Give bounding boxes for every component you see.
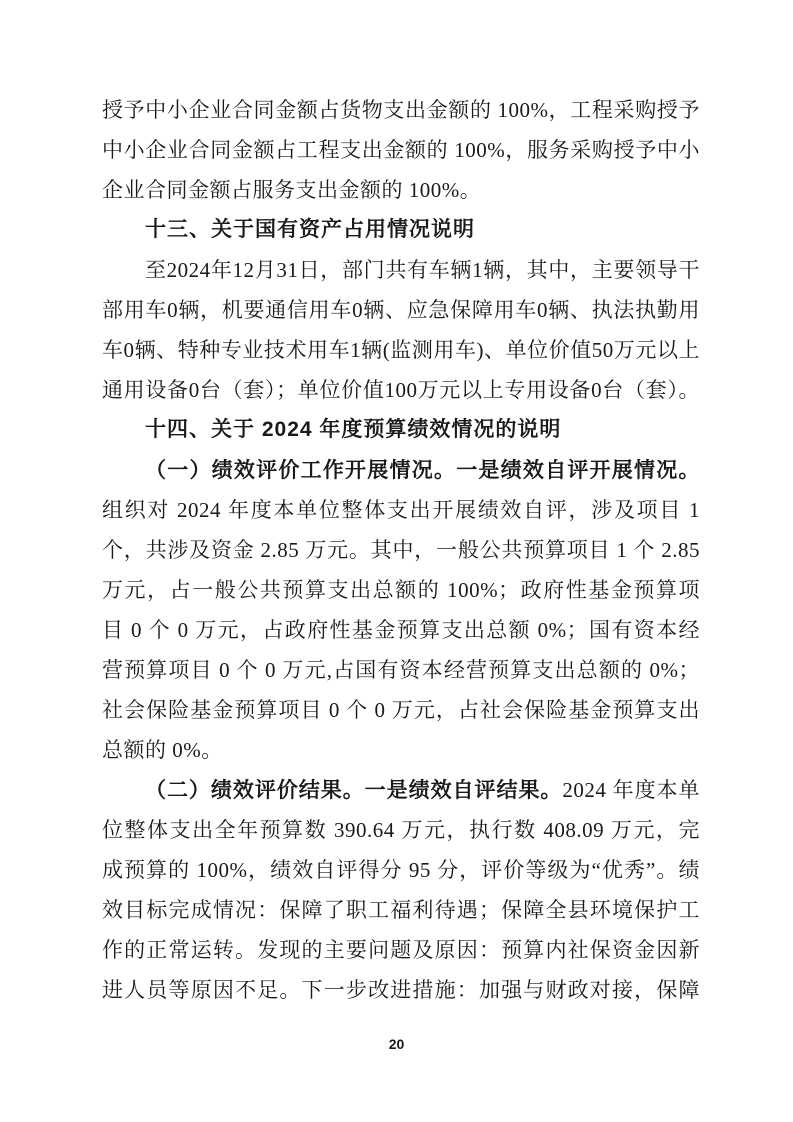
text-line: 企业合同金额占服务支出金额的 100%。 xyxy=(102,170,700,210)
document-body: 授予中小企业合同金额占货物支出金额的 100%，工程采购授予 中小企业合同金额占… xyxy=(102,90,700,1010)
text-line: 作的正常运转。发现的主要问题及原因：预算内社保资金因新 xyxy=(102,930,700,970)
text-line: 至2024年12月31日，部门共有车辆1辆，其中，主要领导干 xyxy=(102,250,700,290)
text-line: 进人员等原因不足。下一步改进措施：加强与财政对接，保障 xyxy=(102,970,700,1010)
subsection-heading-2-rest: 2024 年度本单 xyxy=(562,778,700,802)
section-heading-13: 十三、关于国有资产占用情况说明 xyxy=(102,210,700,250)
text-line: 万元，占一般公共预算支出总额的 100%；政府性基金预算项 xyxy=(102,570,700,610)
text-line: 通用设备0台（套）；单位价值100万元以上专用设备0台（套）。 xyxy=(102,370,700,410)
text-line: 总额的 0%。 xyxy=(102,730,700,770)
text-line: 效目标完成情况：保障了职工福利待遇；保障全县环境保护工 xyxy=(102,890,700,930)
subsection-heading-1: （一）绩效评价工作开展情况。一是绩效自评开展情况。 xyxy=(102,450,700,490)
subsection-heading-2-bold: （二）绩效评价结果。一是绩效自评结果。 xyxy=(145,778,562,802)
text-line: 部用车0辆，机要通信用车0辆、应急保障用车0辆、执法执勤用 xyxy=(102,290,700,330)
text-line: 组织对 2024 年度本单位整体支出开展绩效自评，涉及项目 1 xyxy=(102,490,700,530)
document-page: 授予中小企业合同金额占货物支出金额的 100%，工程采购授予 中小企业合同金额占… xyxy=(0,0,793,1122)
section-heading-14: 十四、关于 2024 年度预算绩效情况的说明 xyxy=(102,410,700,450)
text-line: 个，共涉及资金 2.85 万元。其中，一般公共预算项目 1 个 2.85 xyxy=(102,530,700,570)
text-line: 位整体支出全年预算数 390.64 万元，执行数 408.09 万元，完 xyxy=(102,810,700,850)
text-line: 车0辆、特种专业技术用车1辆(监测用车)、单位价值50万元以上 xyxy=(102,330,700,370)
text-line: 目 0 个 0 万元，占政府性基金预算支出总额 0%；国有资本经 xyxy=(102,610,700,650)
text-line: 成预算的 100%，绩效自评得分 95 分，评价等级为“优秀”。绩 xyxy=(102,850,700,890)
subsection-heading-2-line: （二）绩效评价结果。一是绩效自评结果。2024 年度本单 xyxy=(102,770,700,810)
text-line: 授予中小企业合同金额占货物支出金额的 100%，工程采购授予 xyxy=(102,90,700,130)
text-line: 社会保险基金预算项目 0 个 0 万元，占社会保险基金预算支出 xyxy=(102,690,700,730)
page-number: 20 xyxy=(0,1036,793,1052)
text-line: 营预算项目 0 个 0 万元,占国有资本经营预算支出总额的 0%； xyxy=(102,650,700,690)
text-line: 中小企业合同金额占工程支出金额的 100%，服务采购授予中小 xyxy=(102,130,700,170)
